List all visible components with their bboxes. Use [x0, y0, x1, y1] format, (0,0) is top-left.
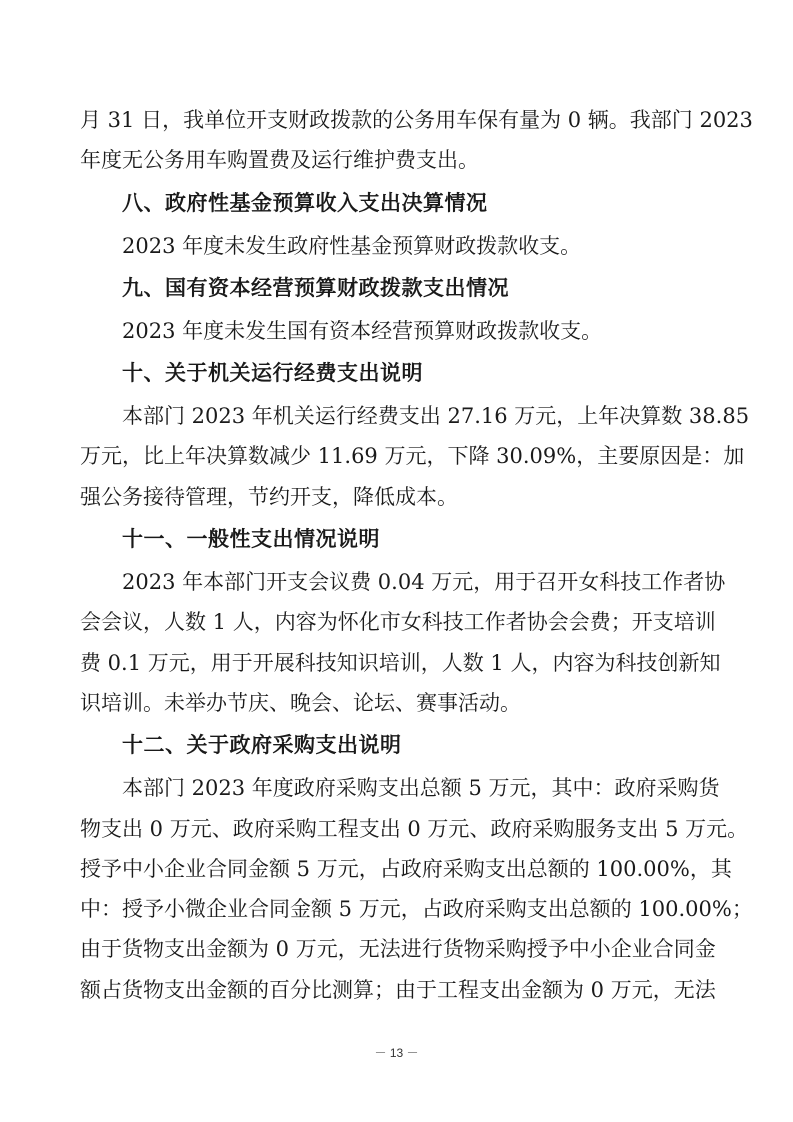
paragraph-operating-expenses: 本部门 2023 年机关运行经费支出 27.16 万元，上年决算数 38.85 … [80, 396, 712, 517]
text-line: 月 31 日，我单位开支财政拨款的公务用车保有量为 0 辆。我部门 2023 [80, 100, 712, 140]
paragraph-procurement: 本部门 2023 年度政府采购支出总额 5 万元，其中：政府采购货 物支出 0 … [80, 768, 712, 1010]
section-heading-state-capital: 九、国有资本经营预算财政拨款支出情况 [80, 266, 712, 311]
text-line: 识培训。未举办节庆、晚会、论坛、赛事活动。 [80, 683, 712, 723]
paragraph-general-expenses: 2023 年本部门开支会议费 0.04 万元，用于召开女科技工作者协 会会议，人… [80, 562, 712, 723]
text-line: 2023 年本部门开支会议费 0.04 万元，用于召开女科技工作者协 [80, 562, 712, 602]
section-heading-government-fund: 八、政府性基金预算收入支出决算情况 [80, 181, 712, 226]
page-number: － 13 － [0, 1044, 793, 1061]
text-line: 强公务接待管理，节约开支，降低成本。 [80, 477, 712, 517]
text-line: 额占货物支出金额的百分比测算；由于工程支出金额为 0 万元，无法 [80, 970, 712, 1010]
text-line: 费 0.1 万元，用于开展科技知识培训，人数 1 人，内容为科技创新知 [80, 643, 712, 683]
text-line: 2023 年度未发生国有资本经营预算财政拨款收支。 [80, 311, 712, 351]
text-line: 由于货物支出金额为 0 万元，无法进行货物采购授予中小企业合同金 [80, 929, 712, 969]
text-line: 中：授予小微企业合同金额 5 万元，占政府采购支出总额的 100.00%； [80, 889, 712, 929]
text-line: 2023 年度未发生政府性基金预算财政拨款收支。 [80, 226, 712, 266]
section-heading-procurement: 十二、关于政府采购支出说明 [80, 723, 712, 768]
text-line: 物支出 0 万元、政府采购工程支出 0 万元、政府采购服务支出 5 万元。 [80, 809, 712, 849]
section-heading-operating-expenses: 十、关于机关运行经费支出说明 [80, 351, 712, 396]
paragraph-state-capital: 2023 年度未发生国有资本经营预算财政拨款收支。 [80, 311, 712, 351]
text-line: 会会议，人数 1 人，内容为怀化市女科技工作者协会会费；开支培训 [80, 602, 712, 642]
text-line: 授予中小企业合同金额 5 万元，占政府采购支出总额的 100.00%，其 [80, 849, 712, 889]
text-line: 本部门 2023 年度政府采购支出总额 5 万元，其中：政府采购货 [80, 768, 712, 808]
text-line: 本部门 2023 年机关运行经费支出 27.16 万元，上年决算数 38.85 [80, 396, 712, 436]
text-line: 年度无公务用车购置费及运行维护费支出。 [80, 140, 712, 180]
section-heading-general-expenses: 十一、一般性支出情况说明 [80, 517, 712, 562]
document-page: 月 31 日，我单位开支财政拨款的公务用车保有量为 0 辆。我部门 2023 年… [80, 100, 712, 1010]
text-line: 万元，比上年决算数减少 11.69 万元，下降 30.09%，主要原因是：加 [80, 436, 712, 476]
paragraph-government-fund: 2023 年度未发生政府性基金预算财政拨款收支。 [80, 226, 712, 266]
paragraph-vehicle-continuation: 月 31 日，我单位开支财政拨款的公务用车保有量为 0 辆。我部门 2023 年… [80, 100, 712, 181]
